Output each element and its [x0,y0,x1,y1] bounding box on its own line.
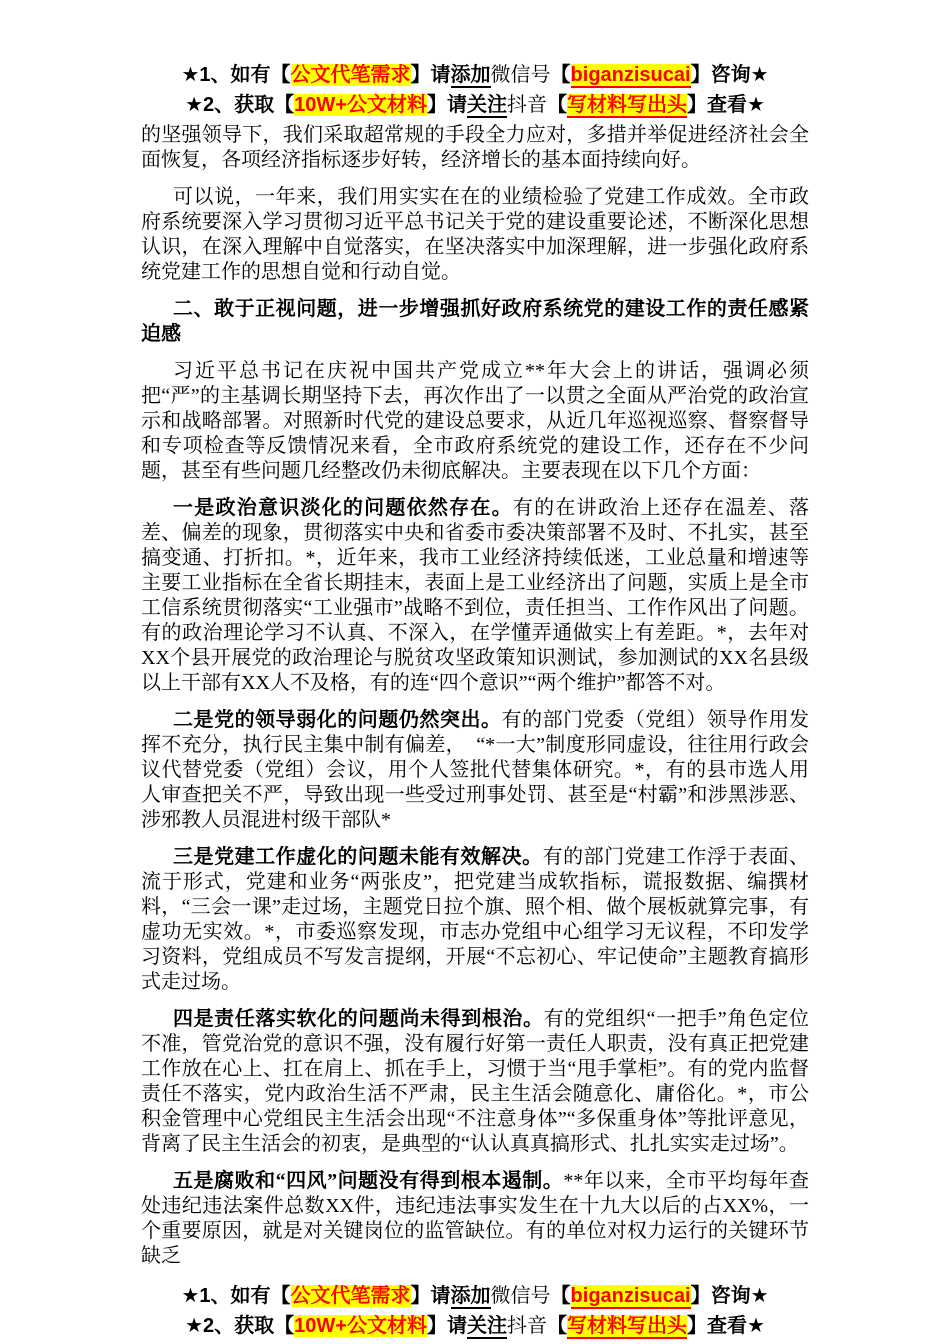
banner-segment: 微信号 [491,64,551,86]
promo-banner-bottom: ★1、如有【公文代笔需求】请添加微信号【biganzisucai】咨询★★2、获… [141,1281,809,1341]
banner-segment: 】咨询★ [691,1285,769,1307]
banner-segment: 公文代笔需求 [291,64,411,86]
paragraph: 二是党的领导弱化的问题仍然突出。有的部门党委（党组）领导作用发挥不充分，执行民主… [141,708,809,833]
banner-line-1: ★1、如有【公文代笔需求】请添加微信号【biganzisucai】咨询★ [141,1281,809,1311]
banner-segment: 微信号 [491,1285,551,1307]
banner-segment: 】请 [411,64,451,86]
banner-segment: 写材料写出头 [567,94,687,118]
paragraph-lead: 三是党建工作虚化的问题未能有效解决。 [173,846,543,868]
section-heading: 二、敢于正视问题，进一步增强抓好政府系统党的建设工作的责任感紧迫感 [141,297,809,347]
paragraph: 五是腐败和“四风”问题没有得到根本遏制。**年以来，全市平均每年查处违纪违法案件… [141,1169,809,1269]
banner-line-1: ★1、如有【公文代笔需求】请添加微信号【biganzisucai】咨询★ [141,60,809,90]
banner-segment: 添加 [451,64,491,88]
paragraph-lead: 四是责任落实软化的问题尚未得到根治。 [173,1008,544,1030]
paragraph-lead: 二是党的领导弱化的问题仍然突出。 [173,709,502,731]
paragraph: 四是责任落实软化的问题尚未得到根治。有的党组织“一把手”角色定位不准，管党治党的… [141,1007,809,1157]
banner-segment: 10W+公文材料 [294,94,427,116]
banner-line-2: ★2、获取【10W+公文材料】请关注抖音【写材料写出头】查看★ [141,90,809,120]
banner-segment: 写材料写出头 [567,1315,687,1339]
document-body: 的坚强领导下，我们采取超常规的手段全力应对，多措并举促进经济社会全面恢复，各项经… [141,123,809,1269]
banner-segment: 添加 [451,1285,491,1309]
paragraph: 可以说，一年来，我们用实实在在的业绩检验了党建工作成效。全市政府系统要深入学习贯… [141,185,809,285]
banner-segment: 】请 [427,94,467,116]
banner-segment: 10W+公文材料 [294,1315,427,1337]
paragraph: 三是党建工作虚化的问题未能有效解决。有的部门党建工作浮于表面、流于形式，党建和业… [141,845,809,995]
banner-segment: 抖音 [507,94,547,116]
paragraph: 习近平总书记在庆祝中国共产党成立**年大会上的讲话，强调必须把“严”的主基调长期… [141,359,809,484]
paragraph-lead: 一是政治意识淡化的问题依然存在。 [173,497,513,519]
banner-segment: 】查看★ [687,94,765,116]
banner-segment: biganzisucai [571,1285,691,1309]
banner-segment: 【 [547,94,567,116]
banner-segment: biganzisucai [571,64,691,88]
banner-segment: 公文代笔需求 [291,1285,411,1307]
banner-segment: ★1、如有【 [181,64,290,86]
banner-segment: 】请 [411,1285,451,1307]
banner-segment: 【 [551,1285,571,1307]
banner-segment: 关注 [467,94,507,118]
document-page: ★1、如有【公文代笔需求】请添加微信号【biganzisucai】咨询★★2、获… [0,0,950,1344]
paragraph: 一是政治意识淡化的问题依然存在。有的在讲政治上还存在温差、落差、偏差的现象，贯彻… [141,496,809,696]
promo-banner-top: ★1、如有【公文代笔需求】请添加微信号【biganzisucai】咨询★★2、获… [141,60,809,120]
banner-segment: 】查看★ [687,1315,765,1337]
banner-segment: ★1、如有【 [181,1285,290,1307]
banner-segment: ★2、获取【 [185,1315,294,1337]
banner-segment: 关注 [467,1315,507,1339]
banner-segment: 】咨询★ [691,64,769,86]
banner-segment: 抖音 [507,1315,547,1337]
banner-segment: 【 [551,64,571,86]
banner-segment: ★2、获取【 [185,94,294,116]
banner-line-2: ★2、获取【10W+公文材料】请关注抖音【写材料写出头】查看★ [141,1311,809,1341]
paragraph: 的坚强领导下，我们采取超常规的手段全力应对，多措并举促进经济社会全面恢复，各项经… [141,123,809,173]
paragraph-lead: 五是腐败和“四风”问题没有得到根本遏制。 [173,1170,563,1192]
banner-segment: 】请 [427,1315,467,1337]
banner-segment: 【 [547,1315,567,1337]
